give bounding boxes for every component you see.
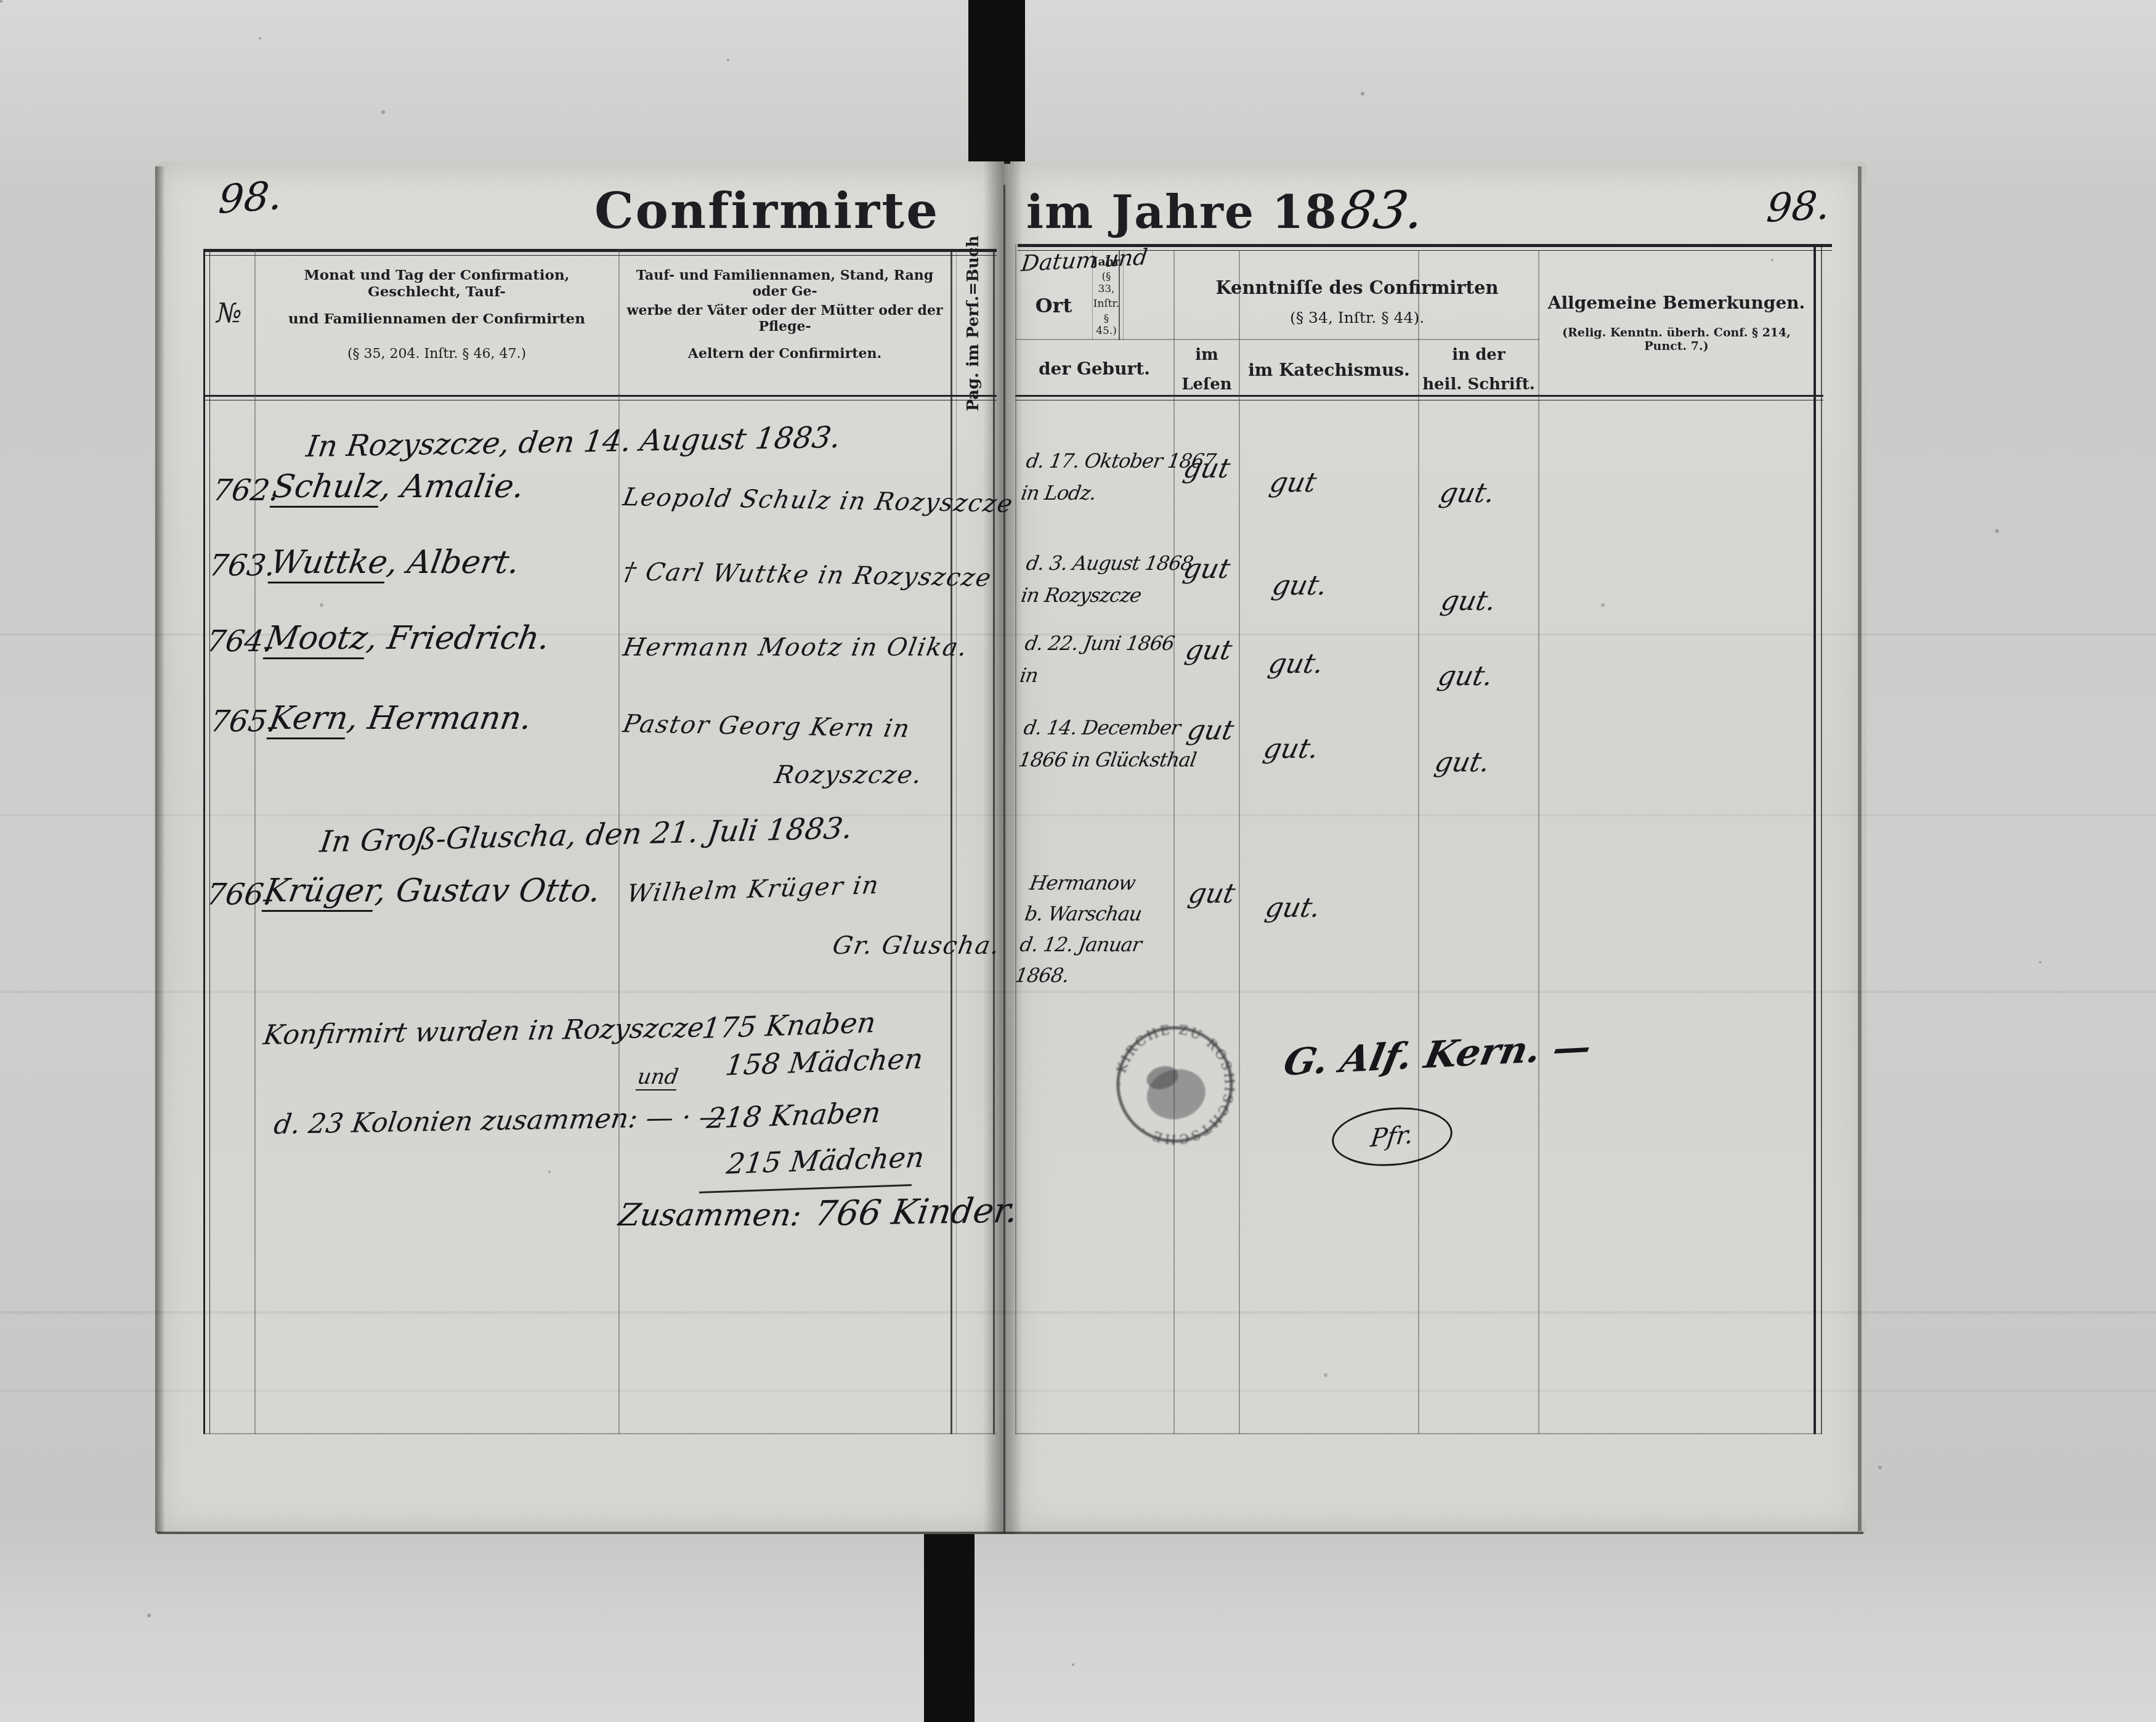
confirmand-name: Kern, Hermann. <box>267 700 534 737</box>
confirmand-family-name: Kern <box>267 700 351 739</box>
paper-specks <box>0 0 2 2</box>
birth-line2: 1866 in Glücksthal <box>1016 744 1199 776</box>
jahr-header-line1: Jahr <box>1093 253 1119 271</box>
summary-knaben-count2: 218 Knaben <box>705 1095 883 1135</box>
birth-line2: in <box>1018 659 1172 691</box>
confirmand-given-name: , Amalie. <box>378 468 527 505</box>
confirmand-given-name: , Albert. <box>384 544 522 581</box>
confirmand-name: Wuttke, Albert. <box>268 544 522 581</box>
birth-entry: d. 3. August 1868 in Rozyszcze <box>1019 547 1196 611</box>
summary-total: Zusammen: 766 Kinder. <box>619 1194 1017 1234</box>
page-title-right: im Jahre 18 83. <box>1026 180 1424 240</box>
confirmand-family-name: Wuttke <box>268 544 391 583</box>
katechismus-schrift-divider <box>1418 250 1419 1434</box>
jahr-header-line2: (§ 33, <box>1093 274 1119 292</box>
confirmand-family-name: Krüger <box>262 872 379 912</box>
confirmand-given-name: , Friedrich. <box>364 620 552 657</box>
page-title-left: Confirmirte <box>524 180 1010 242</box>
birth-entry: d. 22. Juni 1866 in <box>1018 627 1177 691</box>
grade-lesen: gut <box>1183 635 1235 666</box>
summary-total-label: Zusammen: <box>616 1197 804 1233</box>
confirmand-name: Krüger, Gustav Otto. <box>262 872 603 909</box>
left-page-crease <box>155 166 165 1533</box>
birth-line1: d. 3. August 1868 <box>1024 547 1195 579</box>
page-title-right-year: 83. <box>1336 180 1429 240</box>
grade-katechismus: gut. <box>1263 892 1324 924</box>
grade-schrift: gut. <box>1437 477 1498 509</box>
birth-entry: Hermanow b. Warschau d. 12. Januar 1868. <box>1013 867 1153 991</box>
parent-entry-line1: Pastor Georg Kern in <box>621 710 914 743</box>
left-table-bottom <box>203 1433 997 1434</box>
schrift-header-line2: heil. Schrift. <box>1419 375 1538 394</box>
right-header-mid-rule <box>1015 339 1539 340</box>
pag-col-divider-thin <box>956 249 957 1434</box>
left-header-bottom-rule-thin <box>203 400 997 400</box>
left-header-bottom-rule <box>203 395 997 397</box>
grade-lesen: gut <box>1185 715 1237 746</box>
jahr-header-line4: § 45.) <box>1093 315 1119 334</box>
birth-entry: d. 14. December 1866 in Glücksthal <box>1016 712 1204 776</box>
confirmand-given-name: , Gustav Otto. <box>373 872 603 909</box>
right-table-right-border <box>1814 244 1816 1434</box>
summary-maedchen-count2: 215 Mädchen <box>725 1140 926 1180</box>
grade-katechismus: gut. <box>1261 733 1322 765</box>
pastor-title: Pfr. <box>1369 1121 1416 1153</box>
birth-line1: d. 22. Juni 1866 <box>1023 627 1177 659</box>
lesen-katechismus-divider <box>1239 250 1240 1434</box>
no-column-header: № <box>203 294 255 331</box>
right-table-right-border-thin <box>1821 244 1822 1434</box>
right-table-left-border <box>1015 244 1016 1434</box>
birth-line3: d. 12. Januar <box>1018 929 1143 960</box>
schrift-header-line1: in der <box>1419 345 1538 365</box>
confirmand-name: Schulz, Amalie. <box>270 468 527 505</box>
grade-katechismus: gut. <box>1270 570 1331 601</box>
jahr-header-line3: Inſtr. <box>1093 294 1119 313</box>
parent-entry: Hermann Mootz in Olika. <box>621 633 970 662</box>
birth-line2: b. Warschau <box>1023 898 1148 929</box>
summary-und: und <box>636 1065 680 1090</box>
katechismus-header: im Katechismus. <box>1240 357 1418 382</box>
left-border-thin <box>209 249 210 1434</box>
left-page-number: 98. <box>217 173 283 223</box>
lesen-header-line2: Leſen <box>1175 375 1239 394</box>
parent-entry-line2: Gr. Gluscha. <box>830 932 1003 960</box>
confirmation-header-line1: Monat und Tag der Confirmation, Geschlec… <box>256 272 618 294</box>
row-number: 763. <box>207 548 278 583</box>
grade-lesen: gut <box>1186 878 1238 909</box>
right-page-number: 98. <box>1765 183 1832 232</box>
summary-maedchen-count1: 158 Mädchen <box>724 1042 925 1082</box>
confirmation-header-line3: (§ 35, 204. Inſtr. § 46, 47.) <box>256 343 618 365</box>
schrift-bemerkungen-divider <box>1538 250 1539 1434</box>
confirmand-family-name: Mootz <box>263 620 370 659</box>
confirmand-name: Mootz, Friedrich. <box>263 620 552 657</box>
scanner-clip-bottom <box>924 1533 975 1722</box>
right-table-bottom <box>1015 1433 1822 1434</box>
birth-line2: in Rozyszcze <box>1019 579 1190 611</box>
parent-entry-line2: Rozyszcze. <box>772 761 925 789</box>
birth-line1: Hermanow <box>1027 867 1153 898</box>
grade-schrift: gut. <box>1438 585 1499 617</box>
grade-lesen: gut <box>1181 453 1233 484</box>
birth-line4: 1868. <box>1013 960 1138 991</box>
left-border <box>203 249 205 1434</box>
confirmand-family-name: Schulz <box>270 468 384 508</box>
grade-katechismus: gut <box>1267 467 1319 498</box>
scan-streak <box>0 1311 2156 1314</box>
page-bottom-edge <box>157 1532 1863 1534</box>
summary-total-value: 766 Kinder. <box>812 1190 1020 1234</box>
left-table-top-rule <box>203 249 997 252</box>
page-title-right-printed: im Jahre 18 <box>1026 186 1338 239</box>
scanned-register-page: 98. Confirmirte im Jahre 18 83. 98. № Mo… <box>0 0 2156 1722</box>
birth-line1: d. 14. December <box>1021 712 1204 744</box>
grade-lesen: gut <box>1181 553 1233 585</box>
scan-streak <box>0 814 2156 816</box>
pag-column-header: Pag. im Perſ.=Buch <box>964 235 983 411</box>
kenntnisse-header-line1: Kenntniſſe des Confirmirten <box>1175 276 1539 299</box>
right-page-edge <box>1858 166 1862 1531</box>
grade-katechismus: gut. <box>1266 648 1327 680</box>
right-header-bottom-rule-thin <box>1015 400 1823 400</box>
grade-schrift: gut. <box>1435 660 1496 692</box>
grade-schrift: gut. <box>1432 747 1493 778</box>
geburt-lesen-divider <box>1173 250 1175 1434</box>
lesen-header-line1: im <box>1175 345 1239 365</box>
bemerkungen-header-line2: (Relig. Kenntn. überh. Conf. § 214, Punc… <box>1539 330 1814 349</box>
summary-knaben-count1: 175 Knaben <box>700 1005 878 1045</box>
confirmation-header-line2: und Familiennamen der Confirmirten <box>256 307 618 330</box>
scanner-clip-top <box>968 0 1025 164</box>
confirmand-given-name: , Hermann. <box>345 700 534 737</box>
scan-streak <box>0 991 2156 993</box>
bemerkungen-header-line1: Allgemeine Bemerkungen. <box>1539 291 1814 314</box>
right-header-bottom-rule <box>1015 395 1823 397</box>
ort-header: Ort <box>1015 292 1092 319</box>
left-table-top-rule-thin <box>203 255 997 256</box>
kenntnisse-header-line2: (§ 34, Inſtr. § 44). <box>1175 307 1539 328</box>
scan-streak <box>0 1390 2156 1392</box>
pag-col-divider <box>950 249 952 1434</box>
geburt-header: der Geburt. <box>1015 356 1173 381</box>
no-col-divider <box>254 249 256 1434</box>
left-table-right-border <box>993 249 995 1434</box>
